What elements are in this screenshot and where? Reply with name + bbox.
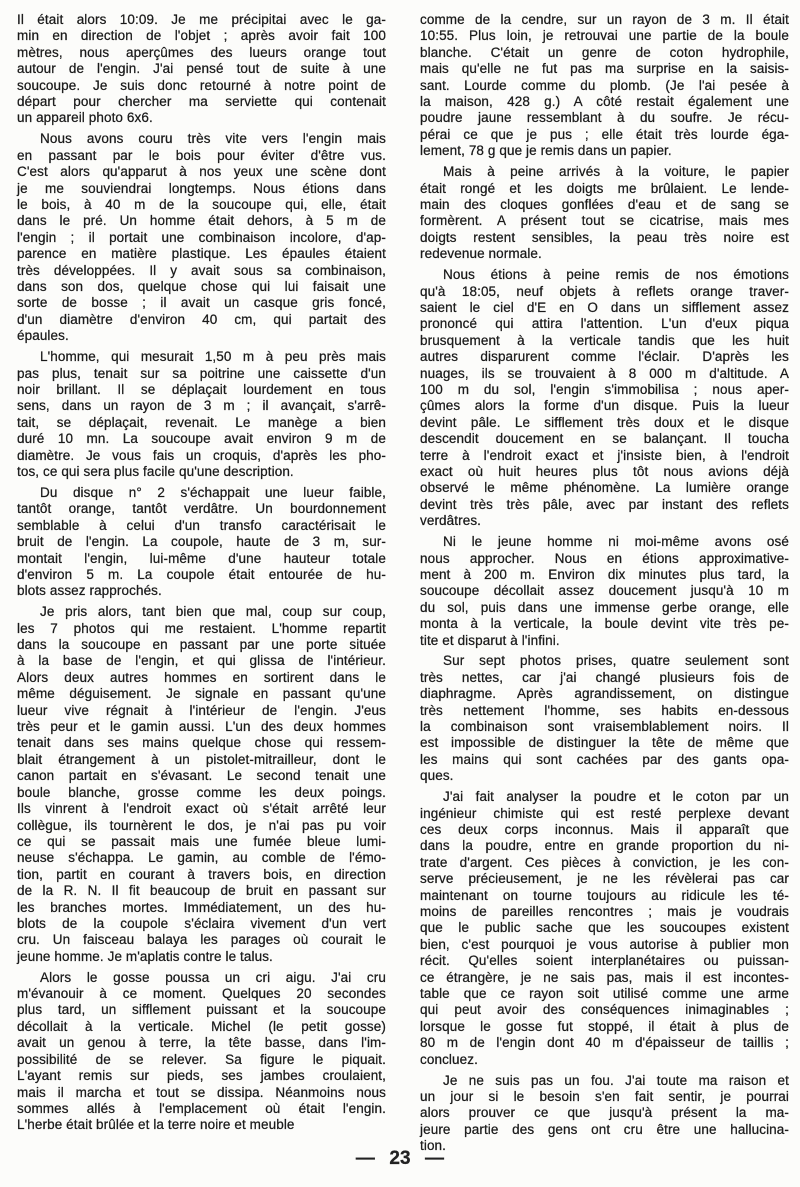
text-line: m'évanouir à ce moment. Quelques 20 seco… (17, 986, 386, 1002)
text-line: monta à la verticale, la boule devint vi… (420, 616, 789, 632)
text-line: saient le ciel d'E en O dans un siffleme… (420, 300, 789, 316)
text-line: çûmes alors la forme d'un disque. Puis l… (420, 398, 789, 414)
text-line: Je pris alors, tant bien que mal, coup s… (17, 604, 386, 620)
text-line: devint très très pâle, avec par instant … (420, 497, 789, 513)
text-line: d'un diamètre d'environ 40 cm, qui parta… (17, 312, 386, 328)
text-line: redevenue normale. (420, 246, 789, 262)
text-line: décollait à la verticale. Michel (le pet… (17, 1019, 386, 1035)
text-line: collègue, ils tournèrent le dos, je n'ai… (17, 818, 386, 834)
text-line: J'ai fait analyser la poudre et le coton… (420, 789, 789, 805)
text-line: Du disque n° 2 s'échappait une lueur fai… (17, 485, 386, 501)
text-line: départ pour chercher ma serviette qui co… (17, 94, 386, 110)
text-line: plus tard, un sifflement puissant et la … (17, 1002, 386, 1018)
text-line: soucoupe. Je suis donc retourné à notre … (17, 78, 386, 94)
text-line: Ils vinrent à l'endroit exact où s'était… (17, 801, 386, 817)
paragraph: Du disque n° 2 s'échappait une lueur fai… (17, 485, 386, 600)
text-line: d'environ 5 m. La coupole était entourée… (17, 567, 386, 583)
text-line: tion, partit en courant à travers bois, … (17, 867, 386, 883)
paragraph: Je ne suis pas un fou. J'ai toute ma rai… (420, 1073, 789, 1155)
text-line: ces deux corps inconnus. Mais il apparaî… (420, 822, 789, 838)
text-line: est impossible de distinguer la tête de … (420, 735, 789, 751)
paragraph: Mais à peine arrivés à la voiture, le pa… (420, 164, 789, 262)
text-line: je me souviendrai longtemps. Nous étions… (17, 181, 386, 197)
text-line: que le public sache que les soucoupes ex… (420, 920, 789, 936)
text-line: sens, dans un rayon de 3 m ; il avançait… (17, 398, 386, 414)
text-line: main des cloques gonflées d'eau et de sa… (420, 197, 789, 213)
text-line: très peur et le gamin aussi. L'un des de… (17, 719, 386, 735)
text-line: tos, ce qui sera plus facile qu'une desc… (17, 464, 386, 480)
text-line: 80 m de l'engin dont 40 m d'épaisseur de… (420, 1035, 789, 1051)
text-line: moins de pareilles rencontres ; mais je … (420, 904, 789, 920)
text-line: prononcé qui attira l'attention. L'un d'… (420, 316, 789, 332)
text-line: était rongé et les doigts me brûlaient. … (420, 181, 789, 197)
text-line: la maison, 428 g.) A côté restait égalem… (420, 94, 789, 110)
text-line: autres disparurent comme l'éclair. D'apr… (420, 349, 789, 365)
text-line: devint pâle. Le sifflement très doux et … (420, 415, 789, 431)
paragraph: J'ai fait analyser la poudre et le coton… (420, 789, 789, 1068)
text-line: L'herbe était brûlée et la terre noire e… (17, 1117, 386, 1133)
text-line: soucoupe décollait assez doucement jusqu… (420, 583, 789, 599)
text-line: sorte de bosse ; il avait un casque gris… (17, 295, 386, 311)
text-line: blanche. C'était un genre de coton hydro… (420, 45, 789, 61)
text-columns: Il était alors 10:09. Je me précipitai a… (17, 12, 789, 1159)
text-line: en passant par le bois pour éviter d'êtr… (17, 148, 386, 164)
text-line: dans le pré. Un homme était dehors, à 5 … (17, 213, 386, 229)
text-line: dans la poudre, entre en grande proporti… (420, 838, 789, 854)
text-line: 100 m du sol, l'engin s'immobilisa ; nou… (420, 382, 789, 398)
text-line: Ni le jeune homme ni moi-même avons osé (420, 534, 789, 550)
paragraph: Je pris alors, tant bien que mal, coup s… (17, 604, 386, 965)
text-line: ques. (420, 768, 789, 784)
text-line: L'homme, qui mesurait 1,50 m à peu près … (17, 349, 386, 365)
text-line: récit. Qu'elles soient interplanétaires … (420, 953, 789, 969)
text-line: du sol, puis dans une immense gerbe oran… (420, 600, 789, 616)
text-line: tait, se déplaçait, revenait. Le manège … (17, 415, 386, 431)
text-line: Alors deux autres hommes en sortirent da… (17, 670, 386, 686)
text-column-left: Il était alors 10:09. Je me précipitai a… (17, 12, 386, 1159)
text-line: pas plus, tenait sur sa poitrine une cai… (17, 366, 386, 382)
text-line: C'est alors qu'apparut à nos yeux une sc… (17, 164, 386, 180)
text-line: min en direction de l'objet ; après avoi… (17, 28, 386, 44)
text-line: de la R. N. Il fit beaucoup de bruit en … (17, 883, 386, 899)
text-line: tantôt orange, tantôt verdâtre. Un bourd… (17, 501, 386, 517)
text-line: dans son dos, quelque chose qui lui fais… (17, 279, 386, 295)
text-line: Sur sept photos prises, quatre seulement… (420, 653, 789, 669)
paragraph: L'homme, qui mesurait 1,50 m à peu près … (17, 349, 386, 480)
text-line: l'engin ; il portait une combinaison inc… (17, 230, 386, 246)
text-line: mais il marcha et tout se dissipa. Néanm… (17, 1085, 386, 1101)
text-line: qu'à 18:05, neuf objets à reflets orange… (420, 284, 789, 300)
text-line: jeure partie des gens ont cru être une h… (420, 1122, 789, 1138)
text-line: brusquement à la verticale tandis que le… (420, 333, 789, 349)
text-line: un appareil photo 6x6. (17, 110, 386, 126)
text-line: le bois, à 40 m de la soucoupe qui, elle… (17, 197, 386, 213)
text-line: L'ayant remis sur pieds, ses jambes crou… (17, 1068, 386, 1084)
text-line: ce étrangère, je ne sais pas, mais il es… (420, 970, 789, 986)
text-line: blait étrangement à un pistolet-mitraill… (17, 752, 386, 768)
text-line: même déguisement. Je signale en passant … (17, 686, 386, 702)
text-line: neuse s'échappa. Le gamin, au comble de … (17, 850, 386, 866)
text-line: un jour si le besoin s'en fait sentir, j… (420, 1089, 789, 1105)
text-line: terre à l'endroit exact et j'insiste bie… (420, 448, 789, 464)
text-line: duré 10 mn. La soucoupe avait environ 9 … (17, 431, 386, 447)
text-line: jeune homme. Je m'aplatis contre le talu… (17, 949, 386, 965)
text-line: autour de l'engin. J'ai pensé tout de su… (17, 61, 386, 77)
text-line: ingénieur chimiste qui est resté perplex… (420, 806, 789, 822)
text-line: pérai ce que je pus ; elle était très lo… (420, 127, 789, 143)
text-line: bruit de l'engin. La coupole, haute de 3… (17, 534, 386, 550)
text-line: Nous avons couru très vite vers l'engin … (17, 131, 386, 147)
text-line: qui peut avoir des conséquences inimagin… (420, 1002, 789, 1018)
text-line: maintenant on tourne toujours au ridicul… (420, 888, 789, 904)
text-line: Mais à peine arrivés à la voiture, le pa… (420, 164, 789, 180)
text-line: la combinaison sont vraisemblablement no… (420, 719, 789, 735)
text-line: ment à 200 m. Environ dix minutes plus t… (420, 567, 789, 583)
text-line: très développées. Il y avait sous sa com… (17, 263, 386, 279)
text-line: table que ce rayon soit utilisé comme un… (420, 986, 789, 1002)
text-line: cru. Un faisceau balaya les parages où c… (17, 932, 386, 948)
text-line: les mains qui sont cachées par des gants… (420, 752, 789, 768)
text-line: épaules. (17, 328, 386, 344)
text-line: observé le même phénomène. La lumière or… (420, 480, 789, 496)
paragraph: comme de la cendre, sur un rayon de 3 m.… (420, 12, 789, 160)
text-line: noir brillant. Il se déplaçait lourdemen… (17, 382, 386, 398)
text-line: Il était alors 10:09. Je me précipitai a… (17, 12, 386, 28)
text-line: diaphragme. Après agrandissement, on dis… (420, 686, 789, 702)
paragraph: Ni le jeune homme ni moi-même avons osén… (420, 534, 789, 649)
text-line: lorsque le gosse fut stoppé, il était à … (420, 1019, 789, 1035)
text-line: trate d'argent. Ces pièces à conviction,… (420, 855, 789, 871)
text-line: comme de la cendre, sur un rayon de 3 m.… (420, 12, 789, 28)
text-line: Nous étions à peine remis de nos émotion… (420, 267, 789, 283)
text-line: bien, c'est pourquoi je vous autorise à … (420, 937, 789, 953)
text-line: à la base de l'engin, et qui glissa de l… (17, 653, 386, 669)
paragraph: Il était alors 10:09. Je me précipitai a… (17, 12, 386, 127)
text-line: tite et disparut à l'infini. (420, 633, 789, 649)
page-number: — 23 — (0, 1151, 800, 1167)
text-line: poudre jaune ressemblant à du soufre. Je… (420, 110, 789, 126)
text-line: concluez. (420, 1052, 789, 1068)
text-line: doigts restent sensibles, la peau très n… (420, 230, 789, 246)
text-column-right: comme de la cendre, sur un rayon de 3 m.… (420, 12, 789, 1159)
paragraph: Sur sept photos prises, quatre seulement… (420, 653, 789, 784)
text-line: les branches mortes. Immédiatement, un d… (17, 900, 386, 916)
text-line: très nettement l'homme, ses habits en-de… (420, 703, 789, 719)
paragraph: Nous étions à peine remis de nos émotion… (420, 267, 789, 530)
text-line: Je ne suis pas un fou. J'ai toute ma rai… (420, 1073, 789, 1089)
text-line: blots assez rapprochés. (17, 583, 386, 599)
text-line: lueur vive régnait à l'intérieur de l'en… (17, 703, 386, 719)
text-line: parence en matière plastique. Les épaule… (17, 246, 386, 262)
text-line: formèrent. A présent tout se cicatrise, … (420, 213, 789, 229)
text-line: dans la soucoupe en passant par une port… (17, 637, 386, 653)
text-line: verdâtres. (420, 513, 789, 529)
text-line: blots de la coupole s'éclaira vivement d… (17, 916, 386, 932)
text-line: canon partait en s'évasant. Le second te… (17, 768, 386, 784)
text-line: sant. Lourde comme du plomb. (Je l'ai pe… (420, 78, 789, 94)
text-line: diamètre. Je vous fais un croquis, d'apr… (17, 448, 386, 464)
text-line: les 7 photos qui me restaient. L'homme r… (17, 621, 386, 637)
text-line: semblable à celui d'un transfo caractéri… (17, 518, 386, 534)
text-line: avait un genou à terre, la tête basse, d… (17, 1035, 386, 1051)
text-line: Alors le gosse poussa un cri aigu. J'ai … (17, 970, 386, 986)
text-line: exact où huit heures plus tôt nous avion… (420, 464, 789, 480)
text-line: 10:55. Plus loin, je retrouvai une parti… (420, 28, 789, 44)
text-line: mais qu'elle ne fut pas ma surprise en l… (420, 61, 789, 77)
text-line: descendit doucement en se balançant. Il … (420, 431, 789, 447)
paragraph: Alors le gosse poussa un cri aigu. J'ai … (17, 970, 386, 1134)
text-line: tenait dans ses mains quelque chose qui … (17, 735, 386, 751)
text-line: nous approcher. Nous en étions approxima… (420, 551, 789, 567)
text-line: ce qui se passait mais une fumée bleue l… (17, 834, 386, 850)
text-line: boule blanche, grosse comme les deux poi… (17, 785, 386, 801)
text-line: très nettes, car j'ai changé plusieurs f… (420, 670, 789, 686)
text-line: sommes allés à l'emplacement où était l'… (17, 1101, 386, 1117)
text-line: alors prouver ce que jusqu'à présent la … (420, 1105, 789, 1121)
text-line: nuages, ils se trouvaient à 8 000 m d'al… (420, 366, 789, 382)
text-line: lement, 78 g que je remis dans un papier… (420, 143, 789, 159)
document-page: Il était alors 10:09. Je me précipitai a… (0, 0, 800, 1187)
text-line: mètres, nous aperçûmes des lueurs orange… (17, 45, 386, 61)
text-line: serve précieusement, je ne les révèlerai… (420, 871, 789, 887)
text-line: possibilité de se relever. Sa figure le … (17, 1052, 386, 1068)
text-line: montait l'engin, lui-même d'une hauteur … (17, 551, 386, 567)
paragraph: Nous avons couru très vite vers l'engin … (17, 131, 386, 344)
